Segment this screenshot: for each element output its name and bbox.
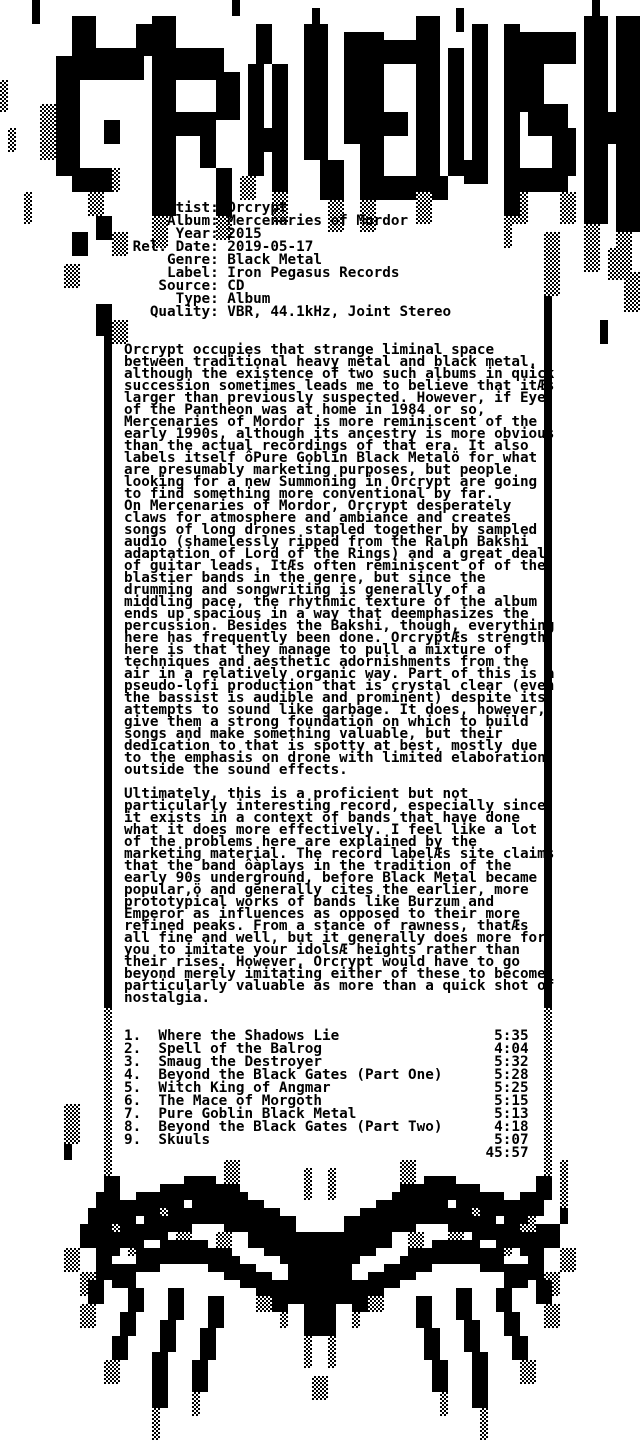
spider-emblem-art xyxy=(0,1160,640,1452)
release-review: Orcrypt occupies that strange liminal sp… xyxy=(124,344,554,1004)
release-info: Artist: Orcrypt Album: Mercenaries of Mo… xyxy=(124,202,451,319)
tracklist: 1. Where the Shadows Lie 5:35 2. Spell o… xyxy=(124,1030,529,1160)
nfo-page: { "art": { "logo_text": "GRAVEWISH", "pa… xyxy=(0,0,640,1452)
